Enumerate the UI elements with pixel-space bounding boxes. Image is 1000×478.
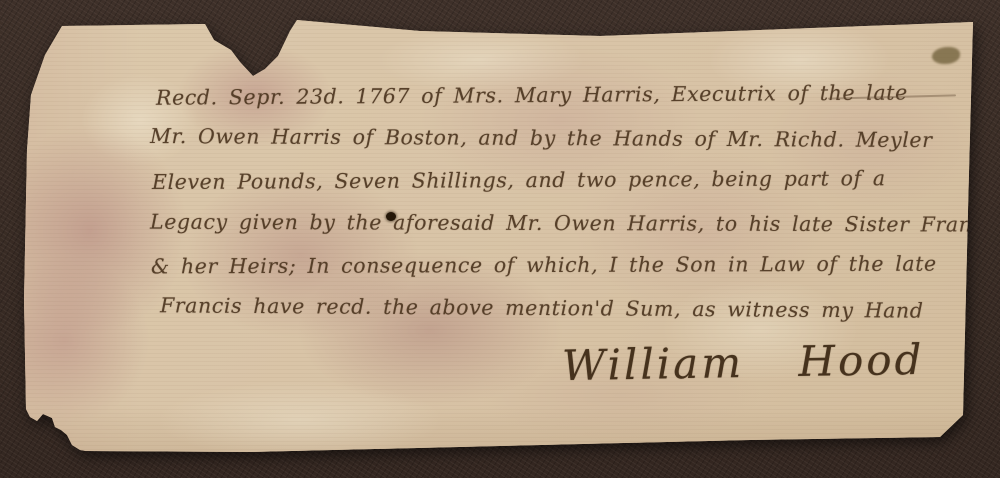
receipt-line-4: Legacy given by the aforesaid Mr. Owen H…: [150, 200, 930, 245]
photo-background: Recd. Sepr. 23d. 1767 of Mrs. Mary Harri…: [0, 0, 1000, 478]
receipt-line-6: Francis have recd. the above mention'd S…: [160, 284, 930, 332]
receipt-line-2: Mr. Owen Harris of Boston, and by the Ha…: [150, 114, 930, 161]
receipt-line-1: Recd. Sepr. 23d. 1767 of Mrs. Mary Harri…: [156, 71, 930, 119]
paper-shadow: Recd. Sepr. 23d. 1767 of Mrs. Mary Harri…: [0, 0, 1000, 478]
ink-smudge: [932, 47, 960, 64]
receipt-body-text: Recd. Sepr. 23d. 1767 of Mrs. Mary Harri…: [150, 74, 930, 329]
receipt-line-3: Eleven Pounds, Seven Shillings, and two …: [152, 157, 930, 204]
ink-blot: [386, 212, 396, 221]
signature-william-hood: William Hood: [562, 335, 925, 390]
receipt-paper: Recd. Sepr. 23d. 1767 of Mrs. Mary Harri…: [0, 0, 1000, 478]
receipt-line-5: & her Heirs; In consequence of which, I …: [151, 243, 930, 288]
